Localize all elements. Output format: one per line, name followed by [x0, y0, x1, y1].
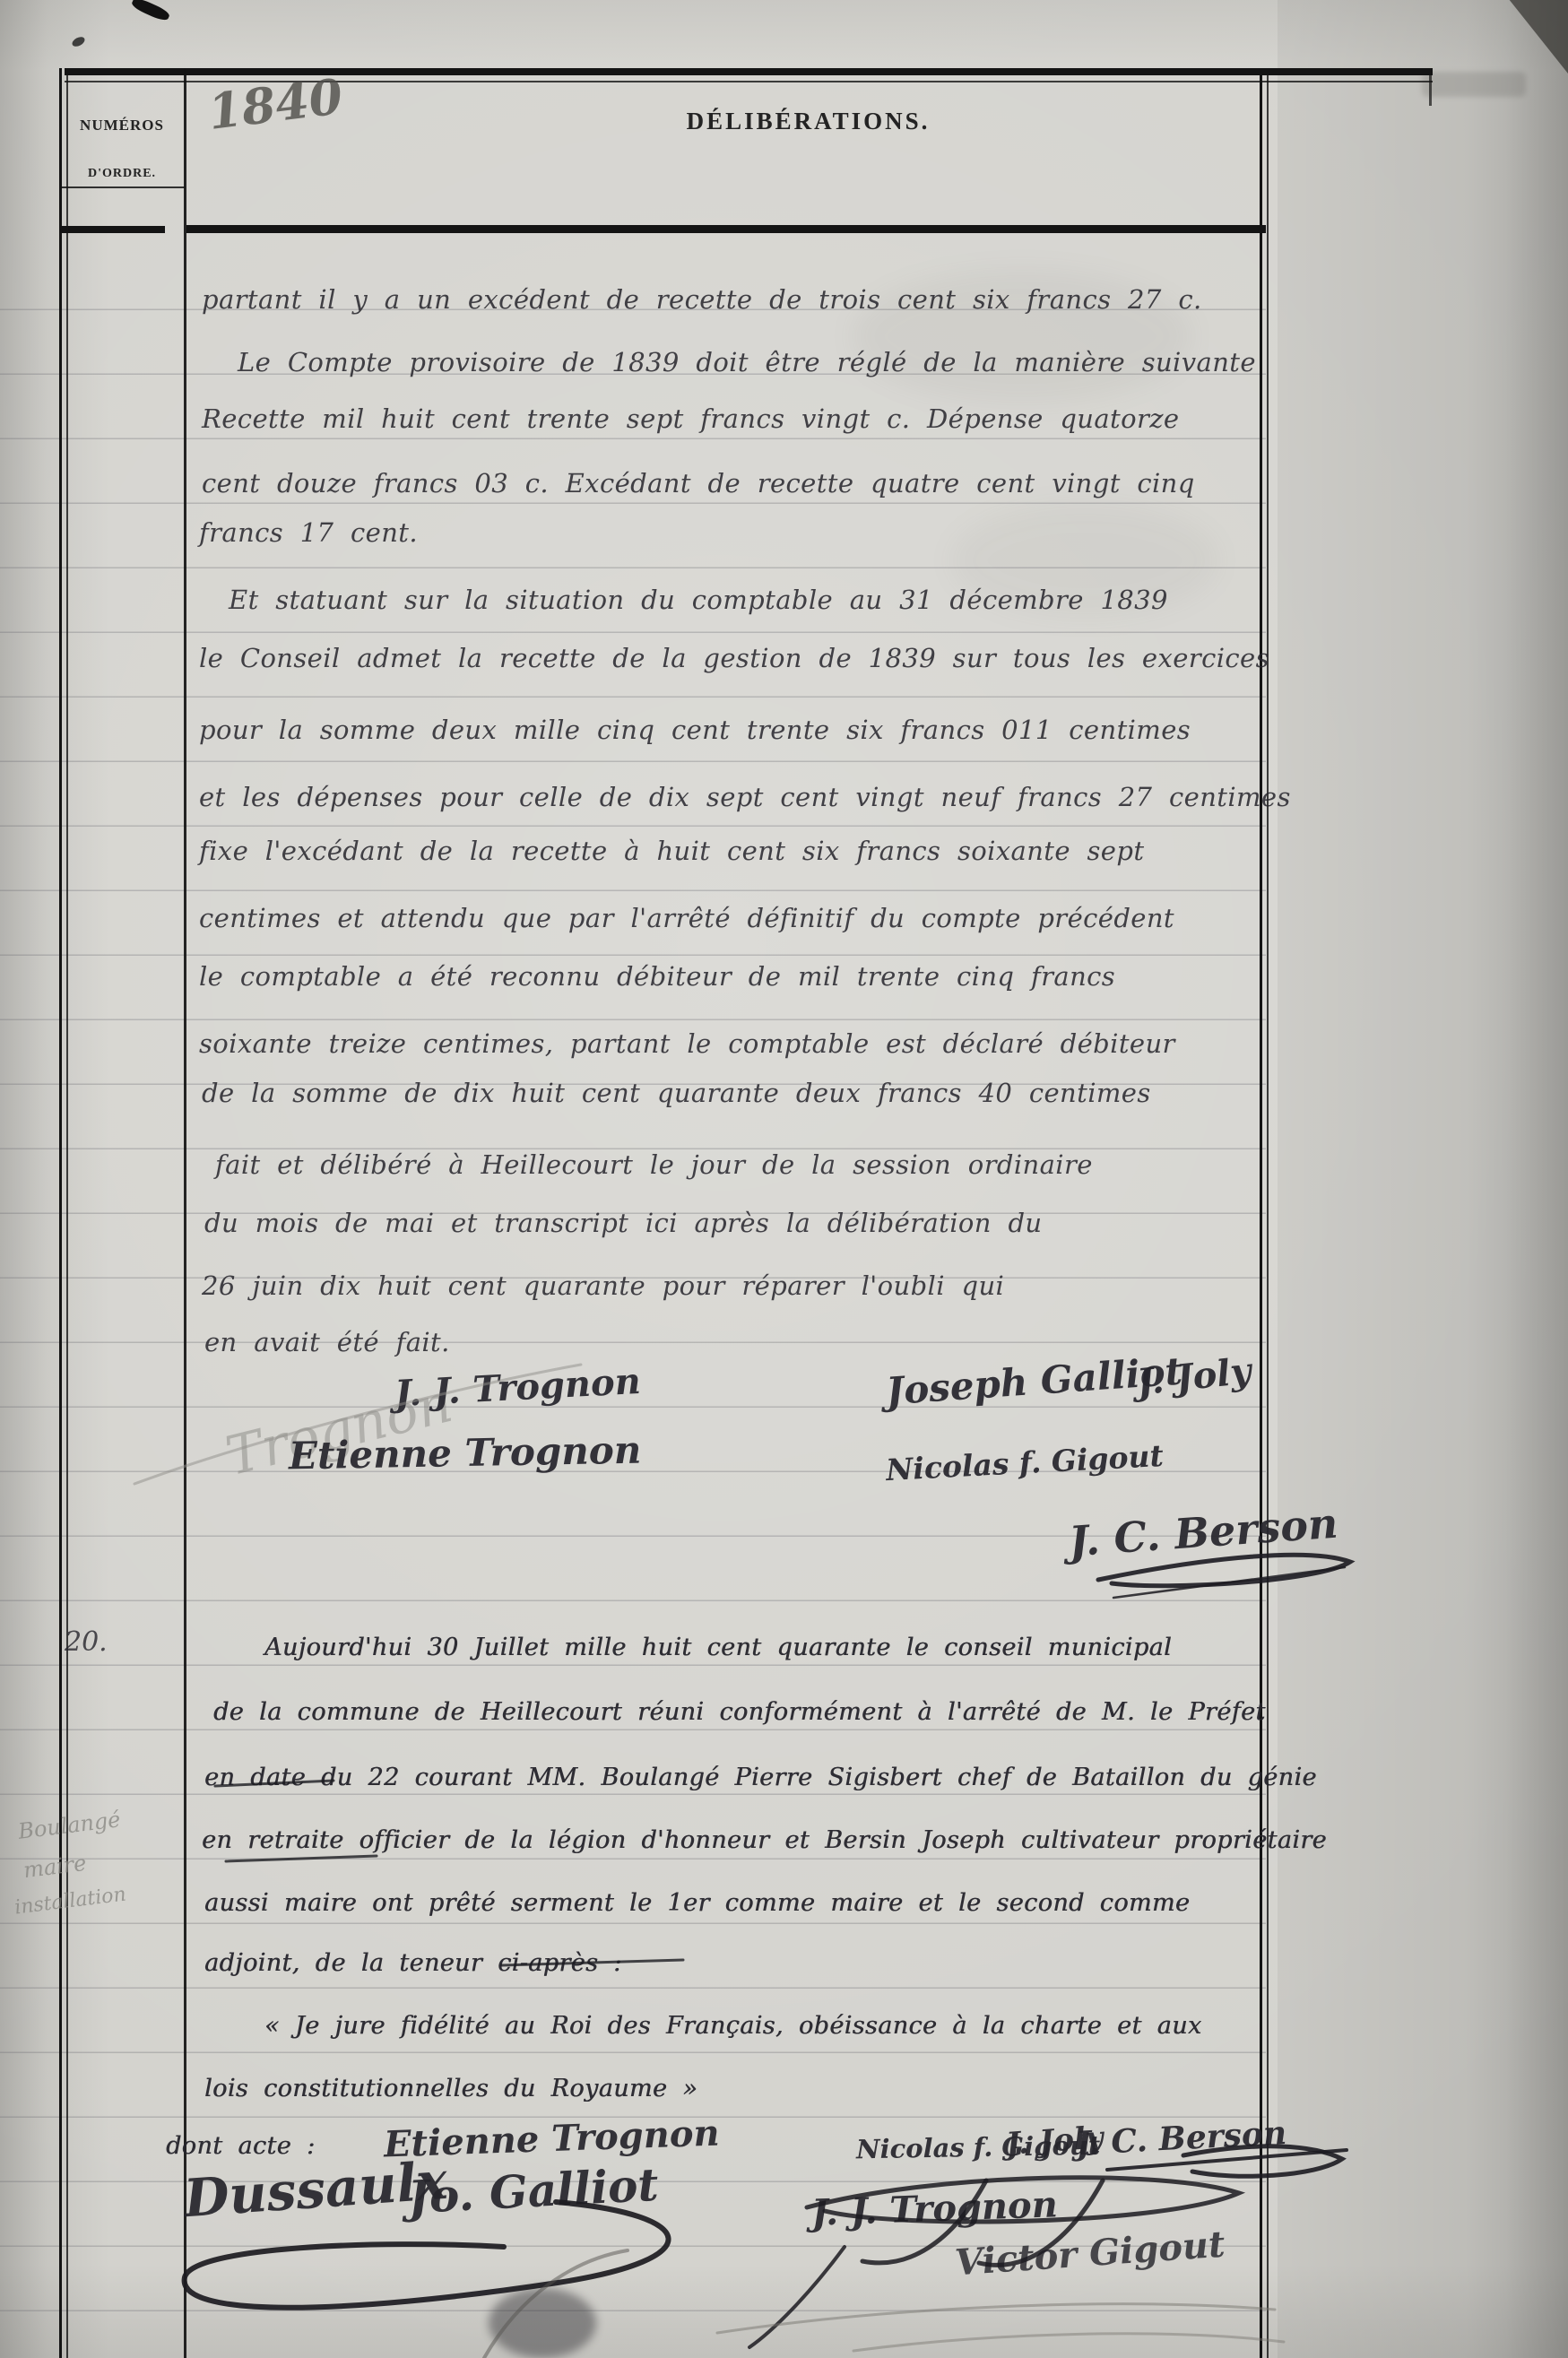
top-left-ink-mark [130, 0, 170, 22]
deliberation-line: francs 17 cent. [199, 513, 418, 552]
deliberation-line: fait et délibéré à Heillecourt le jour d… [215, 1145, 1093, 1184]
deliberation-line: le comptable a été reconnu débiteur de m… [199, 957, 1115, 996]
left-frame-outer [59, 68, 62, 2358]
header-bottom-rule-main [186, 225, 1266, 233]
deliberation-line: du mois de mai et transcript ici après l… [204, 1203, 1043, 1243]
column-divider [184, 68, 186, 2358]
deliberation-line: centimes et attendu que par l'arrêté déf… [199, 898, 1174, 938]
deliberation-line: pour la somme deux mille cinq cent trent… [199, 710, 1191, 750]
order-column-label-line1: NUMÉROS [59, 117, 185, 134]
deliberation-line: en date du 22 courant MM. Boulangé Pierr… [204, 1758, 1317, 1798]
left-frame-inner [66, 68, 68, 2358]
page-title: DÉLIBÉRATIONS. [185, 108, 1432, 135]
deliberation-line: aussi maire ont prêté serment le 1er com… [204, 1884, 1190, 1923]
deliberation-line: et les dépenses pour celle de dix sept c… [199, 777, 1291, 817]
deliberation-line: Aujourd'hui 30 Juillet mille huit cent q… [264, 1628, 1172, 1668]
deliberation-line: fixe l'excédant de la recette à huit cen… [199, 831, 1144, 871]
order-box-bottom-rule [59, 186, 185, 188]
top-left-speck [71, 35, 86, 48]
margin-entry-number: 20. [65, 1626, 108, 1658]
signature-jj-trognon-2: J. J. Trognon [810, 2183, 1058, 2234]
deliberation-line: en retraite officier de la légion d'honn… [202, 1821, 1327, 1860]
deliberation-line: en avait été fait. [204, 1322, 450, 1362]
deliberation-line: Le Compte provisoire de 1839 doit être r… [238, 342, 1256, 382]
header-frame-right-edge [1429, 68, 1432, 106]
deliberation-line: partant il y a un excédent de recette de… [202, 280, 1202, 319]
deliberation-line: 26 juin dix huit cent quarante pour répa… [202, 1266, 1004, 1305]
deliberation-line: le Conseil admet la recette de la gestio… [199, 638, 1269, 678]
right-frame-inner [1267, 74, 1269, 2358]
deliberation-line: Et statuant sur la situation du comptabl… [229, 580, 1168, 620]
deliberation-line: de la commune de Heillecourt réuni confo… [213, 1693, 1266, 1732]
deliberation-line: lois constitutionnelles du Royaume » [204, 2069, 697, 2109]
order-column-label-line2: D'ORDRE. [59, 167, 185, 181]
deliberation-line: Recette mil huit cent trente sept francs… [202, 399, 1179, 438]
deliberation-line: adjoint, de la teneur ci-après : [204, 1944, 622, 1983]
right-frame-outer [1260, 74, 1262, 2358]
deliberation-line: soixante treize centimes, partant le com… [199, 1024, 1175, 1063]
signature-etienne-trognon: Etienne Trognon [289, 1428, 642, 1478]
deliberation-line: cent douze francs 03 c. Excédant de rece… [202, 464, 1195, 503]
deliberation-line: de la somme de dix huit cent quarante de… [202, 1073, 1151, 1113]
deliberation-line: « Je jure fidélité au Roi des Français, … [264, 2007, 1202, 2046]
header-bottom-rule-left [59, 226, 165, 233]
header-top-rule [65, 68, 1433, 75]
register-page: NUMÉROS D'ORDRE. DÉLIBÉRATIONS. 1840 par… [0, 0, 1568, 2358]
right-page-edge [1278, 0, 1568, 2358]
